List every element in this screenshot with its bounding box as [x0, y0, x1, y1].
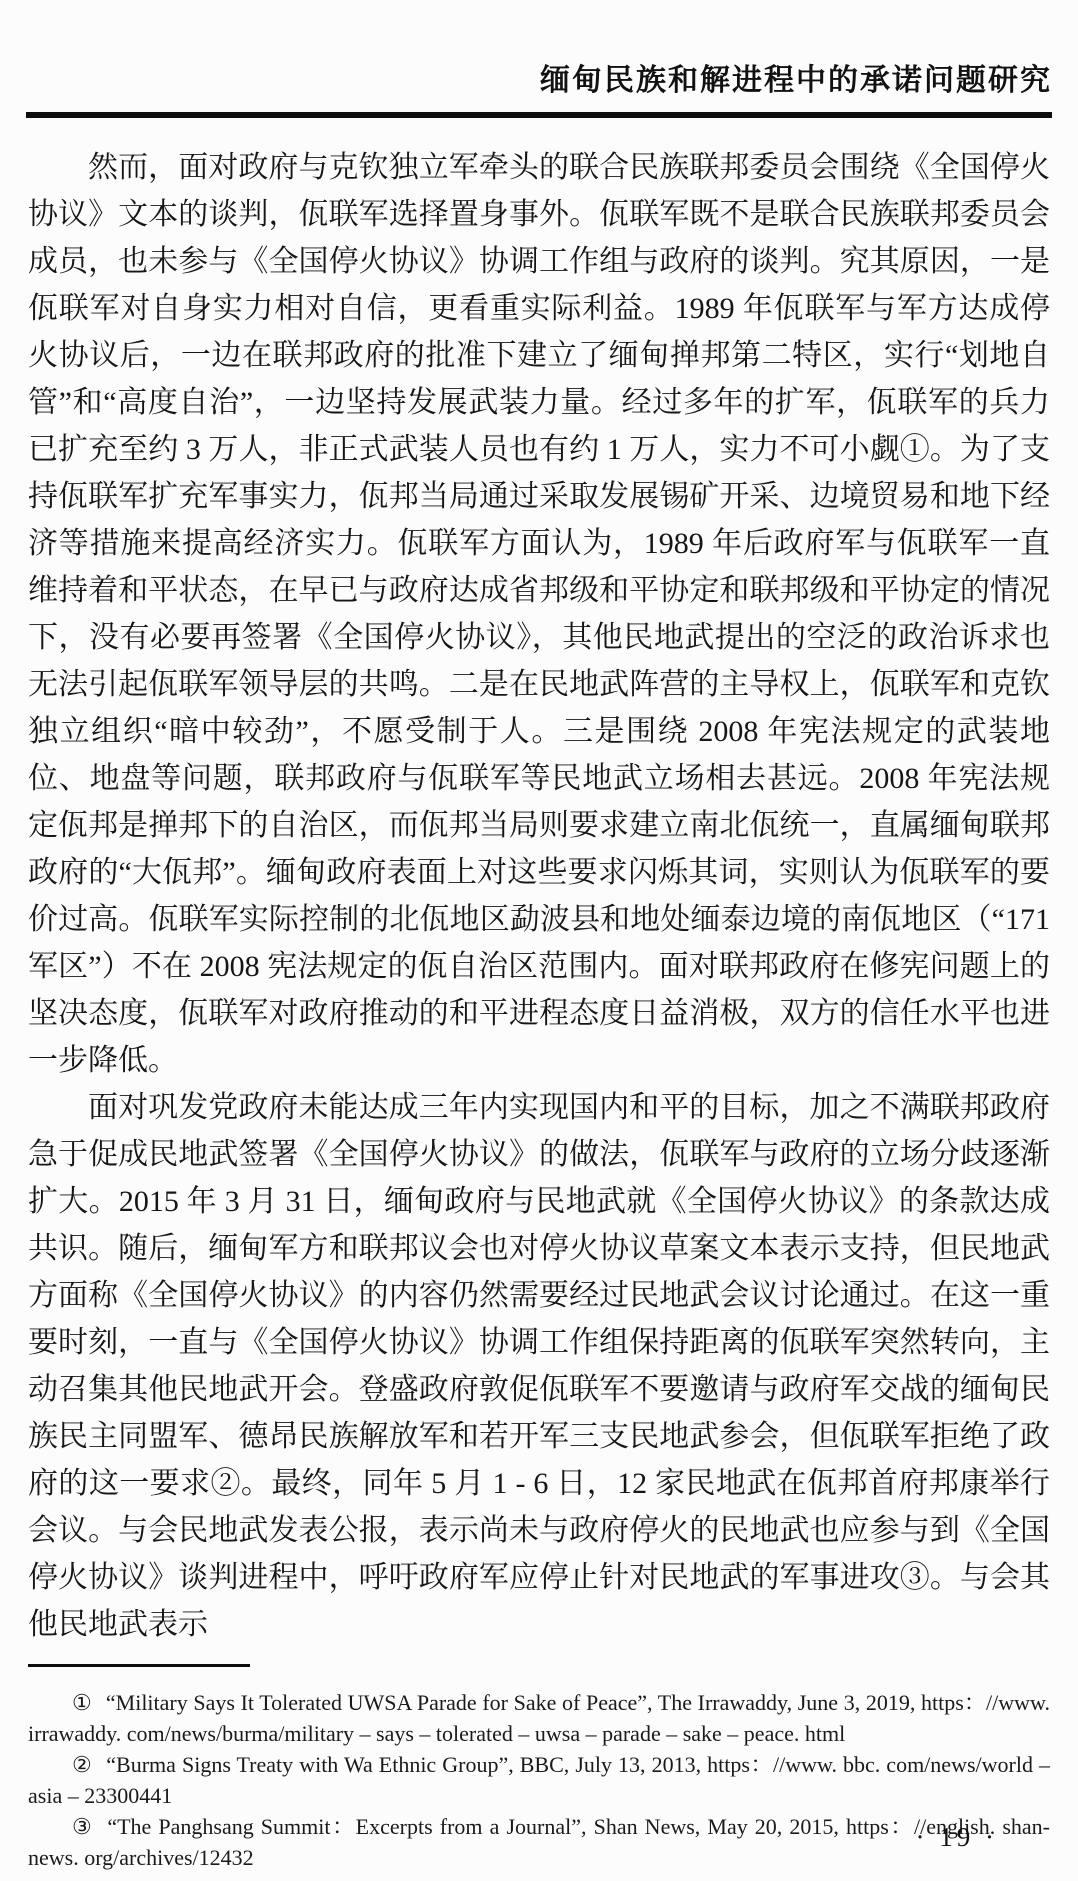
page-number: · 19 · — [916, 1822, 998, 1853]
book-page: 缅甸民族和解进程中的承诺问题研究 然而，面对政府与克钦独立军牵头的联合民族联邦委… — [0, 0, 1078, 1881]
footnote-separator-rule — [28, 1664, 250, 1667]
footnote-2-text: “Burma Signs Treaty with Wa Ethnic Group… — [28, 1752, 1050, 1808]
footnote-1: ①“Military Says It Tolerated UWSA Parade… — [28, 1687, 1050, 1749]
body-paragraph-1: 然而，面对政府与克钦独立军牵头的联合民族联邦委员会围绕《全国停火协议》文本的谈判… — [28, 144, 1050, 1084]
page-body: 然而，面对政府与克钦独立军牵头的联合民族联邦委员会围绕《全国停火协议》文本的谈判… — [0, 118, 1078, 1648]
footnote-3-text: “The Panghsang Summit：Excerpts from a Jo… — [28, 1814, 1050, 1870]
page-header: 缅甸民族和解进程中的承诺问题研究 — [0, 0, 1078, 118]
footnote-1-text: “Military Says It Tolerated UWSA Parade … — [28, 1690, 1050, 1746]
footnote-2: ②“Burma Signs Treaty with Wa Ethnic Grou… — [28, 1749, 1050, 1811]
running-title: 缅甸民族和解进程中的承诺问题研究 — [26, 62, 1052, 100]
body-paragraph-2: 面对巩发党政府未能达成三年内实现国内和平的目标，加之不满联邦政府急于促成民地武签… — [28, 1084, 1050, 1648]
footnote-1-marker: ① — [72, 1690, 92, 1715]
footnote-3: ③“The Panghsang Summit：Excerpts from a J… — [28, 1811, 1050, 1873]
footnote-3-marker: ③ — [72, 1814, 93, 1839]
footnote-2-marker: ② — [72, 1752, 92, 1777]
